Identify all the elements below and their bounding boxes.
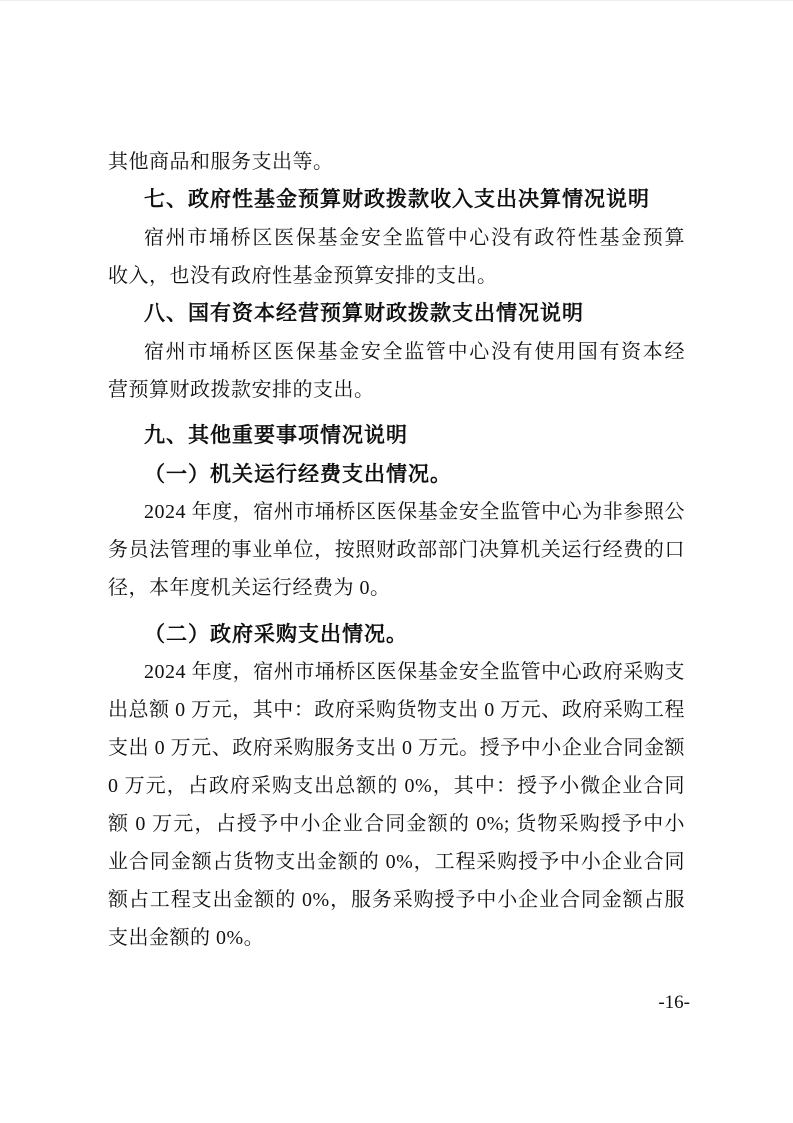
paragraph-line: 营预算财政拨款安排的支出。 bbox=[108, 371, 685, 409]
subsection-heading: （一）机关运行经费支出情况。 bbox=[108, 455, 685, 493]
paragraph-line: 出总额 0 万元，其中：政府采购货物支出 0 万元、政府采购工程 bbox=[108, 691, 685, 729]
paragraph-line: 支出金额的 0%。 bbox=[108, 919, 685, 957]
paragraph: 其他商品和服务支出等。 bbox=[108, 143, 685, 181]
section-heading-line: 七、政府性基金预算财政拨款收入支出决算情况说明 bbox=[108, 181, 685, 219]
section-heading: 九、其他重要事项情况说明 bbox=[108, 417, 685, 455]
paragraph: 2024 年度，宿州市埇桥区医保基金安全监管中心政府采购支出总额 0 万元，其中… bbox=[108, 653, 685, 957]
paragraph: 宿州市埇桥区医保基金安全监管中心没有政符性基金预算收入，也没有政府性基金预算安排… bbox=[108, 219, 685, 295]
paragraph-line: 2024 年度，宿州市埇桥区医保基金安全监管中心政府采购支 bbox=[108, 653, 685, 691]
section-heading: 八、国有资本经营预算财政拨款支出情况说明 bbox=[108, 295, 685, 333]
paragraph-line: 额占工程支出金额的 0%，服务采购授予中小企业合同金额占服务 bbox=[108, 881, 685, 919]
paragraph-line: 支出 0 万元、政府采购服务支出 0 万元。授予中小企业合同金额 bbox=[108, 729, 685, 767]
paragraph-line: 业合同金额占货物支出金额的 0%，工程采购授予中小企业合同金 bbox=[108, 843, 685, 881]
paragraph-line: 宿州市埇桥区医保基金安全监管中心没有政符性基金预算 bbox=[108, 219, 685, 257]
paragraph-line: 宿州市埇桥区医保基金安全监管中心没有使用国有资本经 bbox=[108, 333, 685, 371]
paragraph: 宿州市埇桥区医保基金安全监管中心没有使用国有资本经营预算财政拨款安排的支出。 bbox=[108, 333, 685, 409]
paragraph-line: 务员法管理的事业单位，按照财政部部门决算机关运行经费的口 bbox=[108, 531, 685, 569]
page-number: -16- bbox=[658, 993, 690, 1013]
section-heading: 七、政府性基金预算财政拨款收入支出决算情况说明 bbox=[108, 181, 685, 219]
paragraph-line: 0 万元，占政府采购支出总额的 0%，其中：授予小微企业合同金 bbox=[108, 767, 685, 805]
subsection-heading-line: （一）机关运行经费支出情况。 bbox=[108, 455, 685, 493]
paragraph: 2024 年度，宿州市埇桥区医保基金安全监管中心为非参照公务员法管理的事业单位，… bbox=[108, 493, 685, 607]
paragraph-line: 额 0 万元，占授予中小企业合同金额的 0%; 货物采购授予中小企 bbox=[108, 805, 685, 843]
paragraph-line: 径，本年度机关运行经费为 0。 bbox=[108, 569, 685, 607]
document-page: 其他商品和服务支出等。七、政府性基金预算财政拨款收入支出决算情况说明宿州市埇桥区… bbox=[0, 0, 793, 1123]
paragraph-line: 其他商品和服务支出等。 bbox=[108, 143, 685, 181]
section-heading-line: 九、其他重要事项情况说明 bbox=[108, 417, 685, 455]
subsection-heading: （二）政府采购支出情况。 bbox=[108, 615, 685, 653]
paragraph-line: 2024 年度，宿州市埇桥区医保基金安全监管中心为非参照公 bbox=[108, 493, 685, 531]
paragraph-line: 收入，也没有政府性基金预算安排的支出。 bbox=[108, 257, 685, 295]
section-heading-line: 八、国有资本经营预算财政拨款支出情况说明 bbox=[108, 295, 685, 333]
document-body: 其他商品和服务支出等。七、政府性基金预算财政拨款收入支出决算情况说明宿州市埇桥区… bbox=[108, 143, 685, 957]
subsection-heading-line: （二）政府采购支出情况。 bbox=[108, 615, 685, 653]
